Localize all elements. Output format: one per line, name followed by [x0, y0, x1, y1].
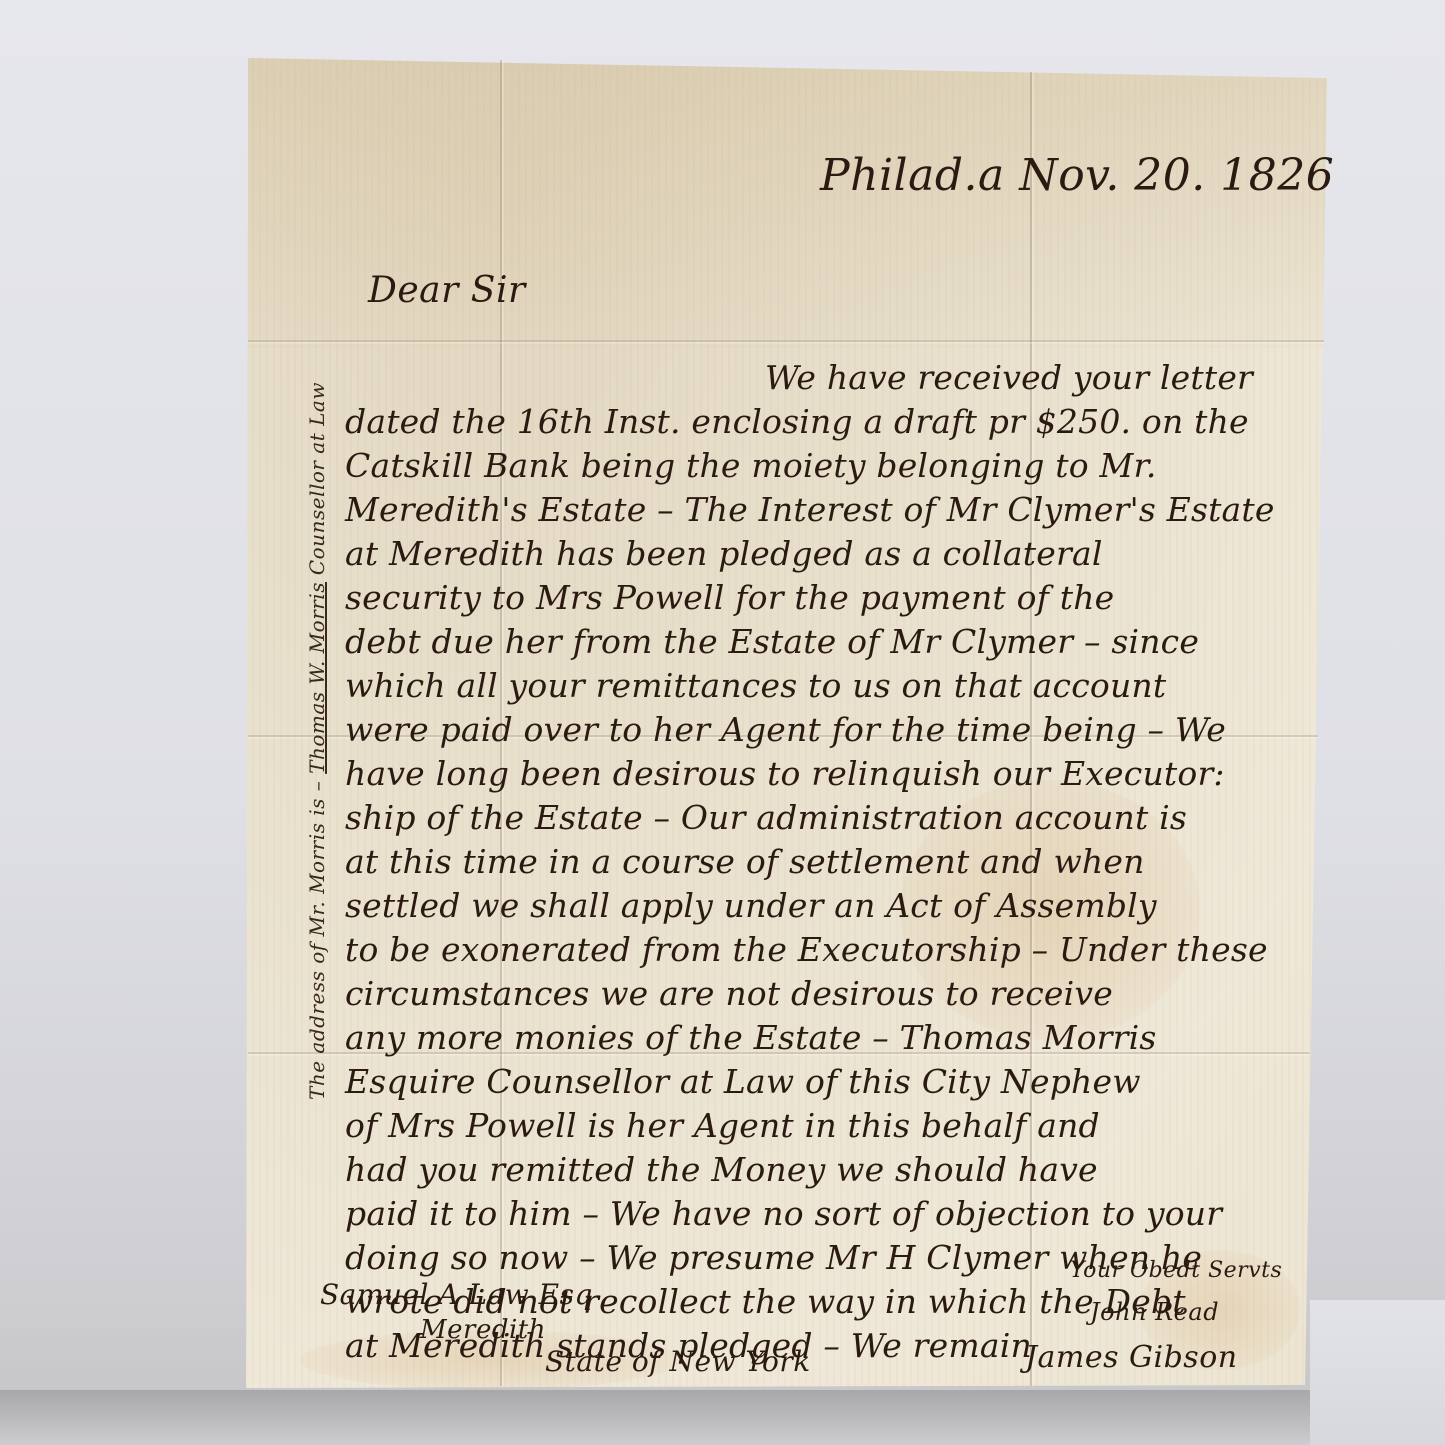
margin-note-suffix: Counsellor at Law: [305, 382, 329, 575]
body-line: to be exonerated from the Executorship –…: [345, 930, 1268, 969]
body-line: of Mrs Powell is her Agent in this behal…: [345, 1106, 1100, 1145]
body-line: ship of the Estate – Our administration …: [345, 798, 1187, 837]
margin-note-prefix: The address of Mr. Morris is –: [305, 781, 329, 1100]
body-line: were paid over to her Agent for the time…: [345, 710, 1226, 749]
signature-james-gibson: James Gibson: [1025, 1340, 1238, 1375]
body-line: paid it to him – We have no sort of obje…: [345, 1194, 1222, 1233]
recipient-name: Samuel A Law Esq: [320, 1278, 593, 1311]
body-line: circumstances we are not desirous to rec…: [345, 974, 1113, 1013]
body-line: Meredith's Estate – The Interest of Mr C…: [345, 490, 1275, 529]
body-line: Catskill Bank being the moiety belonging…: [345, 446, 1157, 485]
signature-john-read: John Read: [1090, 1298, 1219, 1326]
dateline: Philad.a Nov. 20. 1826: [820, 150, 1334, 201]
recipient-place: Meredith: [420, 1315, 546, 1345]
body-line: We have received your letter: [765, 358, 1253, 397]
closing: Your Obedt Servts: [1070, 1258, 1282, 1283]
body-line: dated the 16th Inst. enclosing a draft p…: [345, 402, 1249, 441]
margin-note-name: Thomas W. Morris: [305, 582, 329, 774]
fold-line-horizontal: [248, 340, 1324, 342]
body-line: debt due her from the Estate of Mr Clyme…: [345, 622, 1199, 661]
body-line: Esquire Counsellor at Law of this City N…: [345, 1062, 1141, 1101]
margin-note: The address of Mr. Morris is – Thomas W.…: [305, 382, 329, 1100]
body-line: security to Mrs Powell for the payment o…: [345, 578, 1114, 617]
body-line: at Meredith has been pledged as a collat…: [345, 534, 1103, 573]
background-surface: [1310, 1300, 1445, 1445]
body-line: had you remitted the Money we should hav…: [345, 1150, 1098, 1189]
body-line: settled we shall apply under an Act of A…: [345, 886, 1157, 925]
body-line: which all your remittances to us on that…: [345, 666, 1166, 705]
body-line: any more monies of the Estate – Thomas M…: [345, 1018, 1157, 1057]
salutation: Dear Sir: [368, 270, 526, 311]
body-line: have long been desirous to relinquish ou…: [345, 754, 1225, 793]
table-surface-shadow: [0, 1390, 1445, 1445]
recipient-state: State of New York: [545, 1345, 811, 1378]
body-line: at this time in a course of settlement a…: [345, 842, 1145, 881]
